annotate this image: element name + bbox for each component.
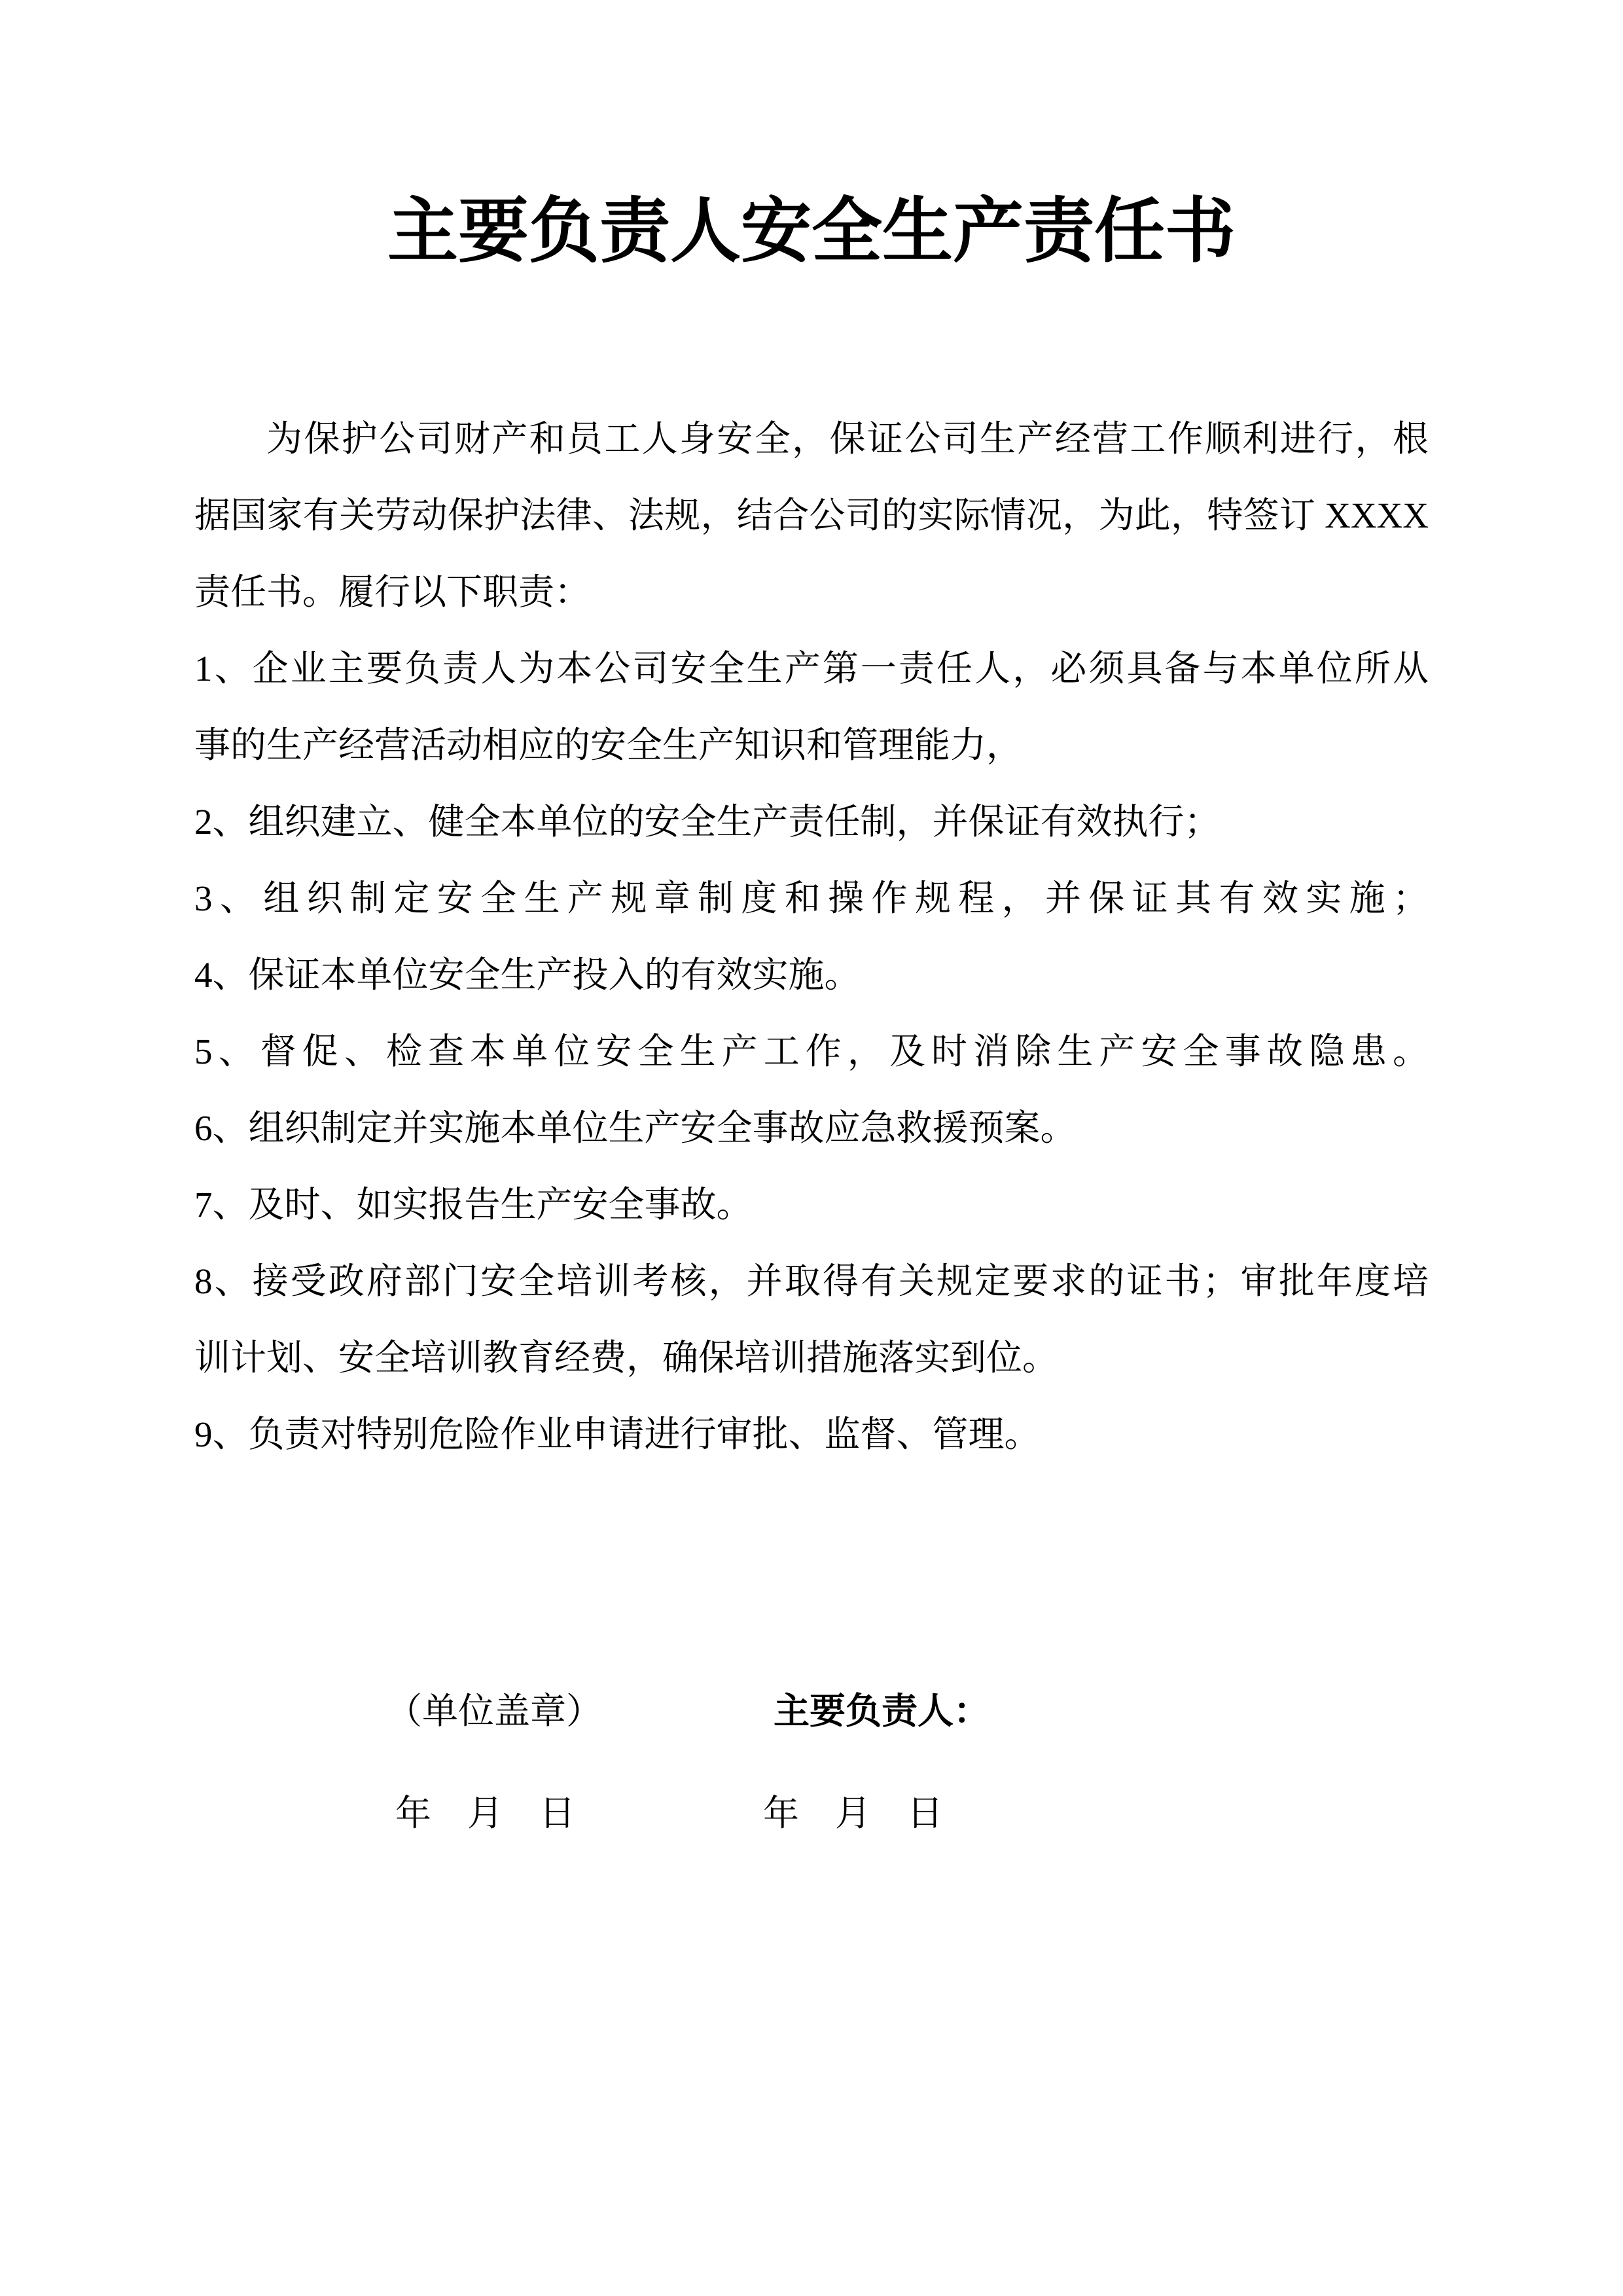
document-body: 为保护公司财产和员工人身安全，保证公司生产经营工作顺利进行，根据国家有关劳动保护… bbox=[194, 401, 1429, 1473]
document-title: 主要负责人安全生产责任书 bbox=[0, 183, 1623, 281]
body-line: 9、负责对特别危险作业申请进行审批、监督、管理。 bbox=[194, 1396, 1429, 1473]
body-line: 1、企业主要负责人为本公司安全生产第一责任人，必须具备与本单位所从 bbox=[194, 630, 1429, 707]
body-line: 据国家有关劳动保护法律、法规，结合公司的实际情况，为此，特签订 XXXX bbox=[194, 477, 1429, 554]
body-line: 训计划、安全培训教育经费，确保培训措施落实到位。 bbox=[194, 1319, 1429, 1396]
date-line-right: 年 月 日 bbox=[763, 1775, 943, 1852]
body-line: 5、督促、检查本单位安全生产工作，及时消除生产安全事故隐患。 bbox=[194, 1013, 1429, 1090]
body-line: 8、接受政府部门安全培训考核，并取得有关规定要求的证书；审批年度培 bbox=[194, 1243, 1429, 1319]
principal-label: 主要负责人： bbox=[774, 1673, 990, 1749]
document-page: 主要负责人安全生产责任书 为保护公司财产和员工人身安全，保证公司生产经营工作顺利… bbox=[0, 0, 1623, 2296]
body-line: 6、组织制定并实施本单位生产安全事故应急救援预案。 bbox=[194, 1090, 1429, 1166]
date-line-left: 年 月 日 bbox=[395, 1775, 575, 1852]
body-line: 为保护公司财产和员工人身安全，保证公司生产经营工作顺利进行，根 bbox=[194, 401, 1429, 477]
stamp-label: （单位盖章） bbox=[386, 1673, 602, 1749]
body-line: 4、保证本单位安全生产投入的有效实施。 bbox=[194, 937, 1429, 1013]
body-line: 2、组织建立、健全本单位的安全生产责任制，并保证有效执行； bbox=[194, 783, 1429, 860]
body-line: 事的生产经营活动相应的安全生产知识和管理能力， bbox=[194, 707, 1429, 783]
body-line: 责任书。履行以下职责： bbox=[194, 554, 1429, 630]
body-line: 3、组织制定安全生产规章制度和操作规程，并保证其有效实施； bbox=[194, 860, 1429, 937]
body-line: 7、及时、如实报告生产安全事故。 bbox=[194, 1166, 1429, 1243]
